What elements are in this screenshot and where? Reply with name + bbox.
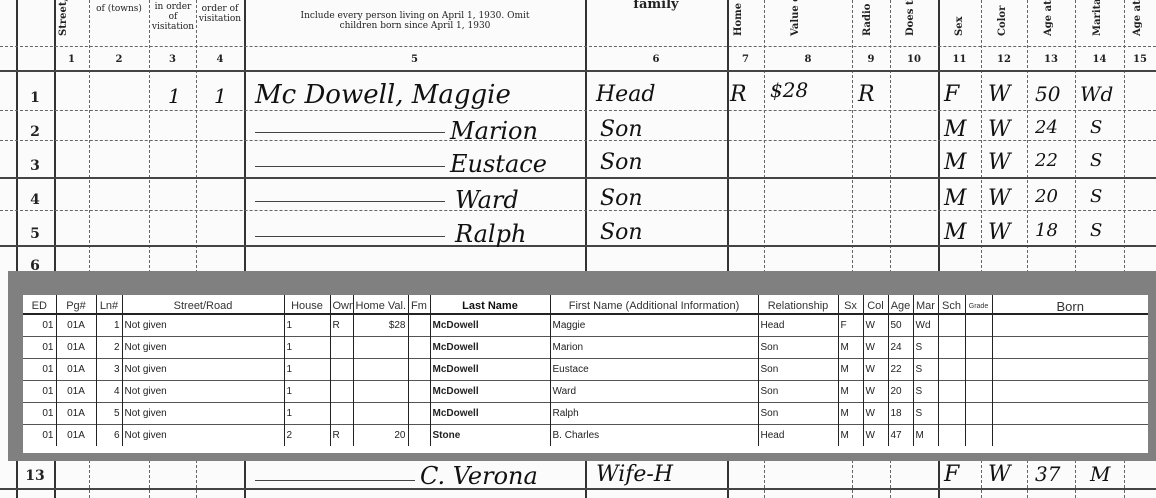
table-row[interactable]: 01 01A 2 Not given 1 McDowell Marion Son… — [23, 337, 1148, 359]
cell-born[interactable] — [992, 425, 1148, 447]
handwritten-age: 22 — [1035, 150, 1058, 171]
cell-grade[interactable] — [965, 425, 992, 447]
cell-page[interactable]: 01A — [56, 403, 96, 425]
cell-marital[interactable]: Wd — [913, 314, 938, 337]
cell-last-name[interactable]: McDowell — [430, 359, 550, 381]
col-number: 4 — [196, 54, 244, 65]
cell-color[interactable]: W — [863, 425, 888, 447]
cell-house[interactable]: 1 — [284, 314, 330, 337]
row-number: 13 — [18, 468, 52, 484]
cell-home-value[interactable] — [353, 359, 408, 381]
cell-grade[interactable] — [965, 381, 992, 403]
cell-sex[interactable]: M — [838, 403, 863, 425]
col5-instruction-2: children born since April 1, 1930 — [250, 21, 580, 31]
col5-instruction-1: Include every person living on April 1, … — [250, 11, 580, 21]
handwritten-relation: Son — [600, 117, 643, 142]
cell-first-name[interactable]: B. Charles — [550, 425, 758, 447]
header-ed[interactable]: ED — [23, 295, 56, 314]
col-number: 7 — [727, 54, 764, 65]
cell-relationship[interactable]: Son — [758, 359, 838, 381]
row-number: 5 — [18, 226, 52, 242]
handwritten-marital: Wd — [1080, 82, 1113, 106]
col4-header: order of visitation — [197, 4, 243, 24]
cell-grade[interactable] — [965, 403, 992, 425]
cell-house[interactable]: 1 — [284, 337, 330, 359]
cell-first-name[interactable]: Marion — [550, 337, 758, 359]
cell-first-name[interactable]: Eustace — [550, 359, 758, 381]
cell-age[interactable]: 20 — [888, 381, 913, 403]
cell-school[interactable] — [938, 314, 965, 337]
header-school[interactable]: Sch — [938, 295, 965, 314]
cell-own[interactable]: R — [330, 314, 353, 337]
cell-line[interactable]: 1 — [96, 314, 122, 337]
handwritten-color: W — [988, 186, 1011, 211]
col14-vertical-header: Marital condition — [1092, 0, 1103, 36]
cell-page[interactable]: 01A — [56, 359, 96, 381]
header-page[interactable]: Pg# — [56, 295, 96, 314]
cell-born[interactable] — [992, 337, 1148, 359]
handwritten-sex: M — [944, 117, 967, 142]
cell-last-name[interactable]: Stone — [430, 425, 550, 447]
handwritten-dwelling: 1 — [168, 84, 181, 108]
handwritten-marital: S — [1090, 150, 1102, 171]
handwritten-name: Mc Dowell, Maggie — [255, 80, 511, 110]
col-number: 8 — [764, 54, 852, 65]
cell-house[interactable]: 2 — [284, 425, 330, 447]
cell-age[interactable]: 47 — [888, 425, 913, 447]
col-number: 10 — [890, 54, 938, 65]
handwritten-color: W — [988, 117, 1011, 142]
cell-line[interactable]: 6 — [96, 425, 122, 447]
cell-ed[interactable]: 01 — [23, 381, 56, 403]
cell-marital[interactable]: S — [913, 359, 938, 381]
cell-own[interactable] — [330, 403, 353, 425]
cell-street[interactable]: Not given — [122, 337, 284, 359]
ditto-line — [255, 236, 445, 237]
cell-line[interactable]: 4 — [96, 381, 122, 403]
cell-sex[interactable]: M — [838, 337, 863, 359]
cell-age[interactable]: 24 — [888, 337, 913, 359]
header-bottom-line — [0, 70, 1156, 72]
cell-farm[interactable] — [408, 359, 430, 381]
col-number: 15 — [1124, 54, 1156, 65]
row-divider — [0, 140, 1156, 141]
handwritten-name: Ralph — [455, 220, 526, 248]
cell-home-value[interactable] — [353, 381, 408, 403]
col-number: 2 — [89, 54, 149, 65]
header-line[interactable]: Ln# — [96, 295, 122, 314]
handwritten-color: W — [988, 82, 1011, 107]
ditto-line — [255, 132, 445, 133]
cell-school[interactable] — [938, 403, 965, 425]
cell-ed[interactable]: 01 — [23, 337, 56, 359]
handwritten-color: W — [988, 150, 1011, 175]
cell-relationship[interactable]: Son — [758, 381, 838, 403]
cell-first-name[interactable]: Ralph — [550, 403, 758, 425]
handwritten-sex: M — [944, 150, 967, 175]
handwritten-marital: S — [1090, 220, 1102, 241]
col-number: 9 — [852, 54, 890, 65]
cell-ed[interactable]: 01 — [23, 403, 56, 425]
cell-line[interactable]: 5 — [96, 403, 122, 425]
cell-school[interactable] — [938, 337, 965, 359]
cell-sex[interactable]: F — [838, 314, 863, 337]
table-row[interactable]: 01 01A 6 Not given 2 R 20 Stone B. Charl… — [23, 425, 1148, 447]
handwritten-relation: Wife-H — [596, 462, 673, 487]
col-number: 14 — [1075, 54, 1124, 65]
handwritten-owned: R — [730, 82, 747, 107]
handwritten-age: 24 — [1035, 117, 1058, 138]
cell-own[interactable] — [330, 359, 353, 381]
cell-marital[interactable]: S — [913, 403, 938, 425]
table-header-row: ED Pg# Ln# Street/Road House Own Home Va… — [23, 295, 1148, 314]
cell-home-value[interactable]: 20 — [353, 425, 408, 447]
header-grade[interactable]: Grade — [965, 295, 992, 314]
cell-home-value[interactable]: $28 — [353, 314, 408, 337]
cell-color[interactable]: W — [863, 337, 888, 359]
col10-vertical-header: Does this family live on a farm — [905, 0, 916, 36]
handwritten-marital: S — [1090, 117, 1102, 138]
row-number: 1 — [18, 90, 52, 106]
cell-farm[interactable] — [408, 381, 430, 403]
cell-last-name[interactable]: McDowell — [430, 381, 550, 403]
cell-home-value[interactable] — [353, 337, 408, 359]
cell-page[interactable]: 01A — [56, 381, 96, 403]
handwritten-sex: M — [944, 220, 967, 245]
col1-vertical-header: Street, ave., road — [58, 0, 69, 36]
cell-born[interactable] — [992, 403, 1148, 425]
handwritten-name: C. Verona — [420, 462, 538, 490]
cell-relationship[interactable]: Son — [758, 337, 838, 359]
handwritten-marital: M — [1090, 462, 1110, 486]
cell-school[interactable] — [938, 425, 965, 447]
table-row[interactable]: 01 01A 4 Not given 1 McDowell Ward Son M… — [23, 381, 1148, 403]
cell-last-name[interactable]: McDowell — [430, 403, 550, 425]
handwritten-age: 20 — [1035, 186, 1058, 207]
col-number: 1 — [54, 54, 89, 65]
cell-born[interactable] — [992, 314, 1148, 337]
cell-grade[interactable] — [965, 359, 992, 381]
cell-line[interactable]: 2 — [96, 337, 122, 359]
handwritten-age: 37 — [1035, 462, 1060, 486]
col11-vertical-header: Sex — [954, 16, 965, 36]
header-born[interactable]: Born — [992, 295, 1148, 314]
row-number: 3 — [18, 158, 52, 174]
handwritten-sex: F — [944, 462, 959, 487]
col-number: 12 — [981, 54, 1027, 65]
cell-farm[interactable] — [408, 425, 430, 447]
row-divider — [0, 488, 1156, 490]
cell-color[interactable]: W — [863, 314, 888, 337]
handwritten-name: Eustace — [450, 150, 547, 178]
cell-house[interactable]: 1 — [284, 403, 330, 425]
transcription-overlay: ED Pg# Ln# Street/Road House Own Home Va… — [8, 271, 1156, 461]
handwritten-color: W — [988, 220, 1011, 245]
table-row[interactable]: 01 01A 5 Not given 1 McDowell Ralph Son … — [23, 403, 1148, 425]
cell-page[interactable]: 01A — [56, 425, 96, 447]
cell-farm[interactable] — [408, 314, 430, 337]
cell-school[interactable] — [938, 359, 965, 381]
row-divider — [0, 210, 1156, 211]
col9-vertical-header: Radio — [862, 4, 873, 36]
handwritten-marital: S — [1090, 186, 1102, 207]
header-house[interactable]: House — [284, 295, 330, 314]
cell-sex[interactable]: M — [838, 359, 863, 381]
table-row[interactable]: 01 01A 3 Not given 1 McDowell Eustace So… — [23, 359, 1148, 381]
cell-home-value[interactable] — [353, 403, 408, 425]
cell-street[interactable]: Not given — [122, 425, 284, 447]
row-number: 2 — [18, 124, 52, 140]
header-farm[interactable]: Fm — [408, 295, 430, 314]
ditto-line — [255, 480, 415, 481]
cell-color[interactable]: W — [863, 381, 888, 403]
row-divider — [0, 110, 1156, 111]
cell-house[interactable]: 1 — [284, 381, 330, 403]
cell-page[interactable]: 01A — [56, 314, 96, 337]
cell-page[interactable]: 01A — [56, 337, 96, 359]
cell-farm[interactable] — [408, 403, 430, 425]
handwritten-name: Ward — [455, 186, 519, 214]
handwritten-relation: Son — [600, 150, 643, 175]
cell-ed[interactable]: 01 — [23, 425, 56, 447]
cell-street[interactable]: Not given — [122, 359, 284, 381]
header-home-value[interactable]: Home Val. — [353, 295, 408, 314]
cell-color[interactable]: W — [863, 359, 888, 381]
cell-relationship[interactable]: Head — [758, 314, 838, 337]
cell-ed[interactable]: 01 — [23, 314, 56, 337]
cell-street[interactable]: Not given — [122, 381, 284, 403]
cell-farm[interactable] — [408, 337, 430, 359]
cell-last-name[interactable]: McDowell — [430, 314, 550, 337]
handwritten-family: 1 — [214, 84, 227, 108]
cell-street[interactable]: Not given — [122, 403, 284, 425]
cell-sex[interactable]: M — [838, 381, 863, 403]
handwritten-color: W — [988, 462, 1011, 487]
header-relationship[interactable]: Relationship — [758, 295, 838, 314]
handwritten-radio: R — [858, 82, 875, 107]
header-sex[interactable]: Sx — [838, 295, 863, 314]
cell-age[interactable]: 22 — [888, 359, 913, 381]
cell-born[interactable] — [992, 381, 1148, 403]
row-divider — [0, 245, 1156, 247]
ditto-line — [255, 166, 445, 167]
col8-vertical-header: Value of home — [790, 0, 801, 36]
cell-first-name[interactable]: Ward — [550, 381, 758, 403]
col-number: 13 — [1027, 54, 1075, 65]
cell-color[interactable]: W — [863, 403, 888, 425]
handwritten-name: Marion — [450, 117, 538, 145]
cell-street[interactable]: Not given — [122, 314, 284, 337]
col-number: 3 — [149, 54, 196, 65]
cell-grade[interactable] — [965, 337, 992, 359]
cell-born[interactable] — [992, 359, 1148, 381]
col7-vertical-header: Home owned — [733, 0, 744, 36]
cell-grade[interactable] — [965, 314, 992, 337]
col-number: 6 — [585, 54, 727, 65]
header-last-name[interactable]: Last Name — [430, 295, 550, 314]
cell-age[interactable]: 18 — [888, 403, 913, 425]
col12-vertical-header: Color — [997, 6, 1008, 36]
cell-marital[interactable]: S — [913, 337, 938, 359]
header-age[interactable]: Age — [888, 295, 913, 314]
col15-vertical-header: Age at first marriage — [1132, 0, 1143, 36]
cell-school[interactable] — [938, 381, 965, 403]
header-first-name[interactable]: First Name (Additional Information) — [550, 295, 758, 314]
handwritten-sex: F — [944, 82, 959, 107]
transcription-table-container: ED Pg# Ln# Street/Road House Own Home Va… — [23, 295, 1148, 453]
ditto-line — [255, 201, 445, 202]
row-number: 4 — [18, 192, 52, 208]
cell-own[interactable] — [330, 381, 353, 403]
col2-header: of (towns) — [89, 4, 149, 14]
cell-ed[interactable]: 01 — [23, 359, 56, 381]
cell-relationship[interactable]: Head — [758, 425, 838, 447]
cell-own[interactable] — [330, 337, 353, 359]
header-divider — [0, 46, 1156, 47]
cell-first-name[interactable]: Maggie — [550, 314, 758, 337]
handwritten-age: 18 — [1035, 220, 1058, 241]
row-divider — [0, 177, 1156, 179]
handwritten-relation: Son — [600, 220, 643, 245]
handwritten-relation: Head — [596, 82, 655, 107]
handwritten-relation: Son — [600, 186, 643, 211]
cell-marital[interactable]: M — [913, 425, 938, 447]
cell-own[interactable]: R — [330, 425, 353, 447]
handwritten-sex: M — [944, 186, 967, 211]
header-own[interactable]: Own — [330, 295, 353, 314]
handwritten-value: $28 — [770, 78, 808, 102]
header-street[interactable]: Street/Road — [122, 295, 284, 314]
col3-header: in order of visitation — [150, 2, 196, 32]
cell-line[interactable]: 3 — [96, 359, 122, 381]
header-marital[interactable]: Mar — [913, 295, 938, 314]
col-number: 5 — [244, 54, 585, 65]
cell-marital[interactable]: S — [913, 381, 938, 403]
header-color[interactable]: Col — [863, 295, 888, 314]
cell-relationship[interactable]: Son — [758, 403, 838, 425]
handwritten-age: 50 — [1035, 82, 1060, 106]
col-number: 11 — [938, 54, 981, 65]
cell-age[interactable]: 50 — [888, 314, 913, 337]
col6-header: family — [586, 0, 726, 10]
cell-last-name[interactable]: McDowell — [430, 337, 550, 359]
cell-house[interactable]: 1 — [284, 359, 330, 381]
cell-sex[interactable]: M — [838, 425, 863, 447]
col13-vertical-header: Age at last birthday — [1043, 0, 1054, 36]
transcription-table: ED Pg# Ln# Street/Road House Own Home Va… — [23, 295, 1148, 446]
table-row[interactable]: 01 01A 1 Not given 1 R $28 McDowell Magg… — [23, 314, 1148, 337]
